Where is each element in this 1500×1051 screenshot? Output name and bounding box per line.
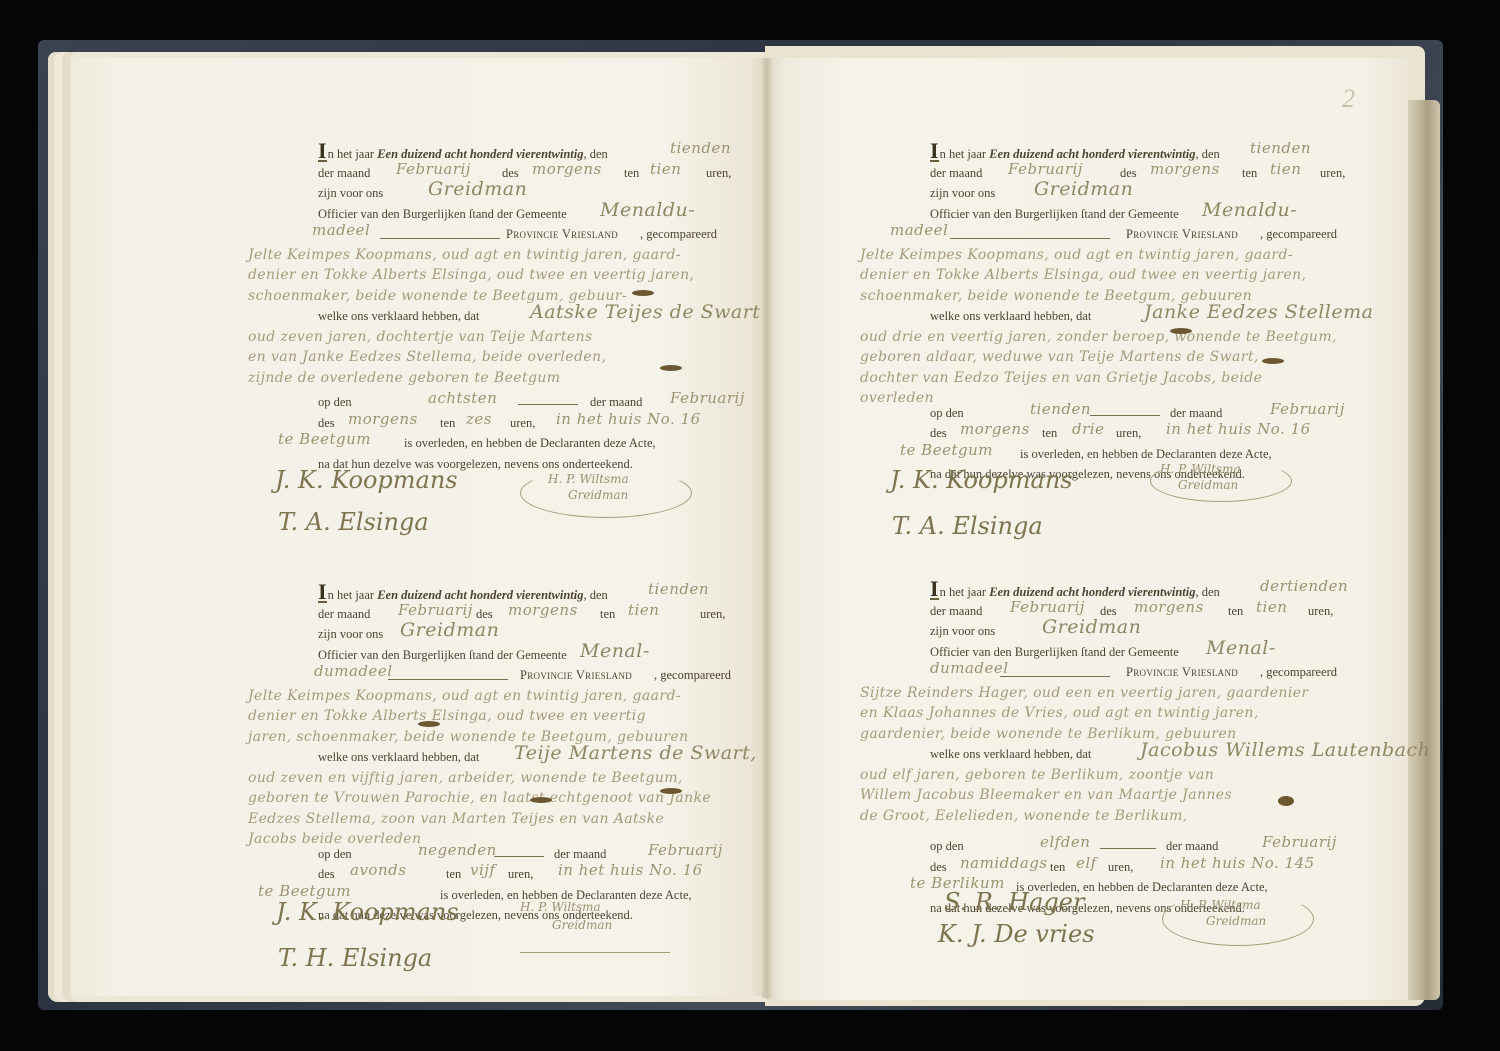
signature-declarant-1: S. R. Hager — [944, 888, 1084, 916]
handwritten-hour: tien — [650, 159, 681, 180]
handwritten-deceased-name: Jacobus Willems Lautenbach — [1140, 740, 1430, 761]
handwritten-death-month: Februarij — [670, 388, 745, 409]
signature-officer: H. P. Wiltsma — [520, 900, 601, 914]
death-record-act: In het jaar Een duizend acht honderd vie… — [318, 583, 738, 926]
handwritten-day: tienden — [1250, 138, 1311, 159]
handwritten-municipality: Menaldu- — [600, 200, 695, 221]
page-edges — [1408, 100, 1440, 1000]
handwritten-details: oud zeven jaren, dochtertje van Teije Ma… — [248, 327, 593, 348]
handwritten-month: Februarij — [1008, 159, 1083, 180]
signature-declarant-1: J. K. Koopmans — [275, 466, 458, 494]
handwritten-deceased-name: Teije Martens de Swart, — [514, 743, 757, 764]
handwritten-officer: Greidman — [428, 179, 527, 200]
death-record-act: In het jaar Een duizend acht honderd vie… — [318, 142, 738, 474]
signature-declarant-1: J. K. Koopmans — [890, 466, 1073, 494]
death-record-act: In het jaar Een duizend acht honderd vie… — [930, 580, 1350, 918]
handwritten-house: in het huis No. 16 — [556, 409, 701, 430]
page-number: 2 — [1342, 84, 1355, 114]
handwritten-deceased-name: Aatske Teijes de Swart — [530, 302, 760, 323]
signature-declarant-2: K. J. De vries — [938, 920, 1095, 948]
book-gutter — [762, 58, 772, 998]
handwritten-deceased-name: Janke Eedzes Stellema — [1144, 302, 1373, 323]
handwritten-death-day: achtsten — [428, 388, 497, 409]
signature-declarant-2: T. A. Elsinga — [892, 512, 1043, 540]
dropcap-letter: I — [318, 142, 327, 162]
signature-declarant-1: J. K. Koopmans — [276, 898, 459, 926]
handwritten-day: tienden — [670, 138, 731, 159]
death-record-act: In het jaar Een duizend acht honderd vie… — [930, 142, 1350, 485]
handwritten-time-of-day: morgens — [532, 159, 602, 180]
signature-declarant-2: T. H. Elsinga — [278, 944, 432, 972]
signature-declarant-2: T. A. Elsinga — [278, 508, 429, 536]
handwritten-declarants: Jelte Keimpes Koopmans, oud agt en twint… — [248, 245, 681, 266]
handwritten-month: Februarij — [396, 159, 471, 180]
